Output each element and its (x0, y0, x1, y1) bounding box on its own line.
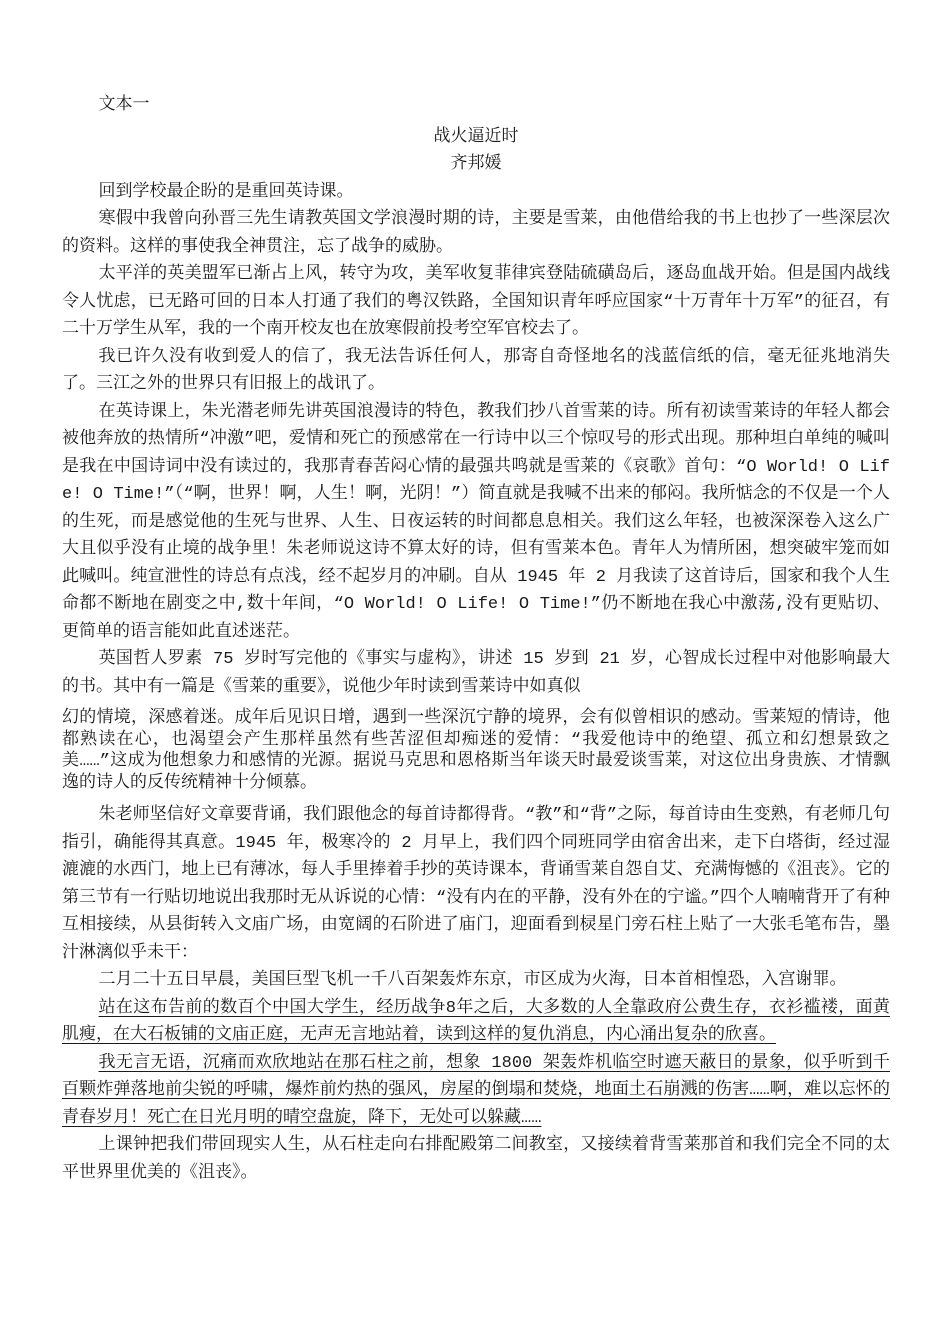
paragraph-02: 寒假中我曾向孙晋三先生请教英国文学浪漫时期的诗，主要是雪莱，由他借给我的书上也抄… (62, 206, 890, 261)
paragraph-01: 回到学校最企盼的是重回英诗课。 (62, 179, 890, 207)
paragraph-10-underlined: 站在这布告前的数百个中国大学生，经历战争8年之后，大多数的人全靠政府公费生存，衣… (62, 995, 890, 1050)
document-page: 文本一 战火逼近时 齐邦媛 回到学校最企盼的是重回英诗课。 寒假中我曾向孙晋三先… (0, 0, 950, 1344)
paragraph-04: 我已许久没有收到爱人的信了，我无法告诉任何人，那寄自奇怪地名的浅蓝信纸的信，毫无… (62, 344, 890, 399)
document-author: 齐邦媛 (62, 151, 890, 179)
paragraph-06: 英国哲人罗素 75 岁时写完他的《事实与虚构》，讲述 15 岁到 21 岁，心智… (62, 646, 890, 701)
paragraph-05: 在英诗课上，朱光潜老师先讲英国浪漫诗的特色，教我们抄八首雪莱的诗。所有初读雪莱诗… (62, 399, 890, 647)
document-title: 战火逼近时 (62, 124, 890, 152)
paragraph-07-continuation: 幻的情境，深感着迷。成年后见识日增，遇到一些深沉宁静的境界，会有似曾相识的感动。… (62, 708, 890, 794)
paragraph-12: 上课钟把我们带回现实人生，从石柱走向右排配殿第二间教室，又接续着背雪莱那首和我们… (62, 1132, 890, 1187)
paragraph-03: 太平洋的英美盟军已渐占上风，转守为攻，美军收复菲律宾登陆硫磺岛后，逐岛血战开始。… (62, 261, 890, 344)
paragraph-09-notice-quote: 二月二十五日早晨，美国巨型飞机一千八百架轰炸东京，市区成为火海，日本首相惶恐，入… (62, 967, 890, 995)
paragraph-08: 朱老师坚信好文章要背诵，我们跟他念的每首诗都得背。“教”和“背”之际，每首诗由生… (62, 802, 890, 967)
section-label: 文本一 (62, 92, 890, 120)
paragraph-11-underlined: 我无言无语，沉痛而欢欣地站在那石柱之前，想象 1800 架轰炸机临空时遮天蔽日的… (62, 1050, 890, 1133)
